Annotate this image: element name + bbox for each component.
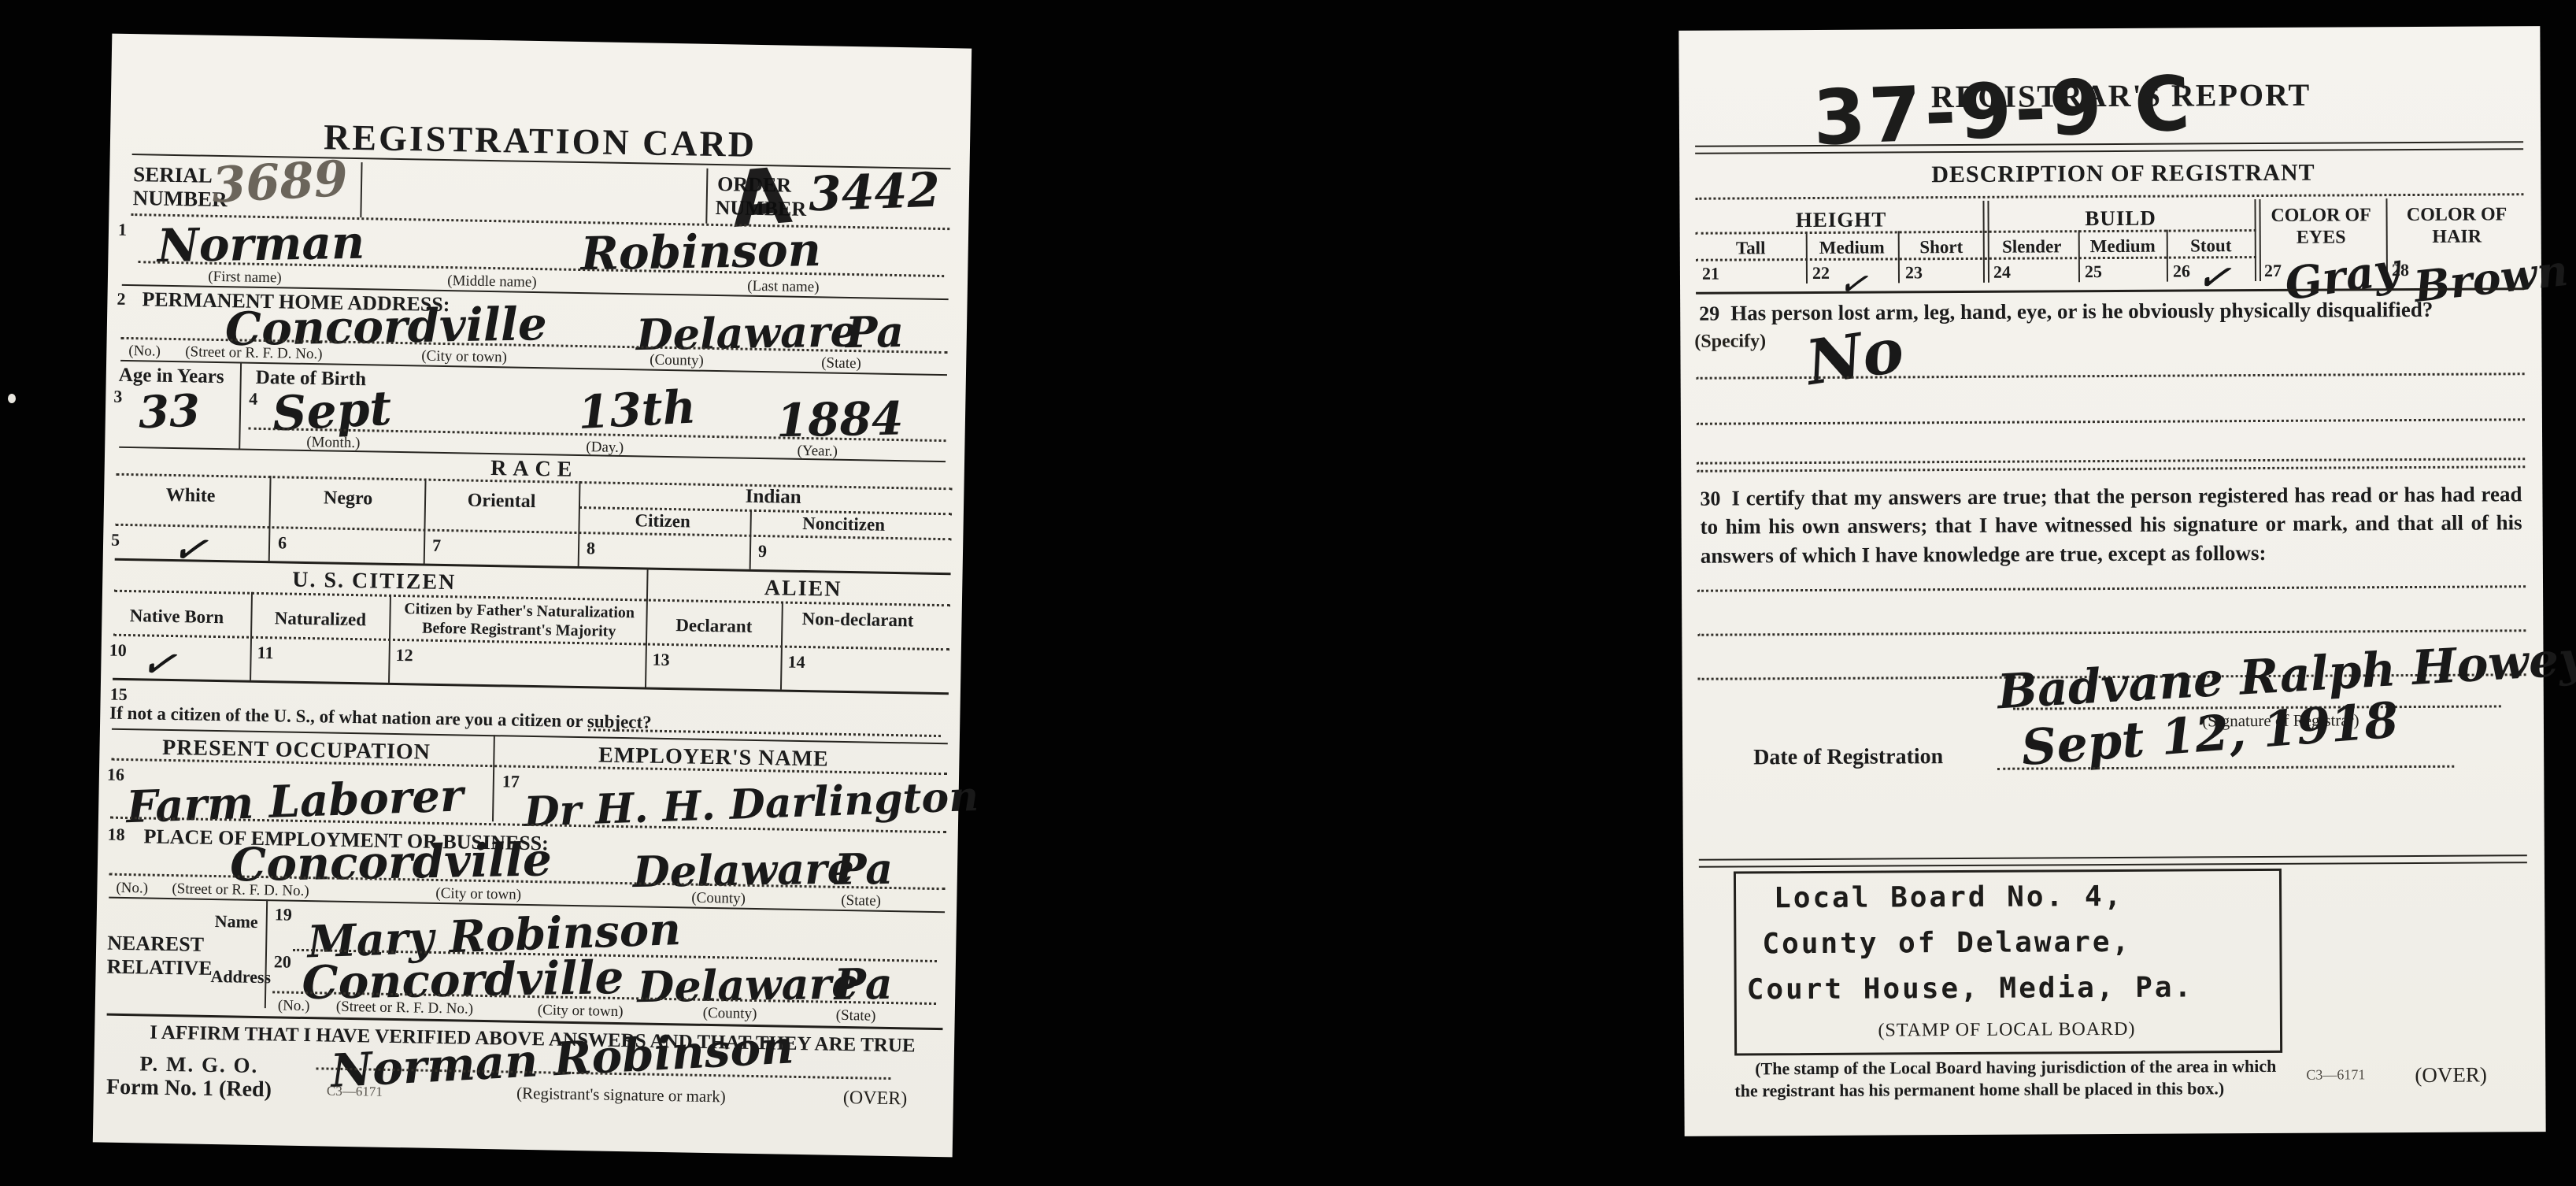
divider xyxy=(749,511,752,569)
form-number-label: Form No. 1 (Red) xyxy=(106,1075,272,1103)
rule xyxy=(1697,458,2525,465)
board-stamp-line-1: Local Board No. 4, xyxy=(1774,880,2123,914)
alien-header: ALIEN xyxy=(685,574,922,603)
board-stamp-line-3: Court House, Media, Pa. xyxy=(1747,971,2194,1006)
date-of-registration-label: Date of Registration xyxy=(1753,744,1943,770)
board-caption-line-1: (The stamp of the Local Board having jur… xyxy=(1755,1056,2276,1079)
declarant-label: Declarant xyxy=(653,615,775,638)
race-oriental-number: 7 xyxy=(432,536,441,556)
race-white-label: White xyxy=(120,484,261,508)
employment-county-label: (County) xyxy=(691,890,746,908)
divider xyxy=(645,569,649,688)
county-label: (County) xyxy=(650,352,704,370)
serial-number-handwritten: 3689 xyxy=(210,150,349,214)
race-oriental-label: Oriental xyxy=(431,490,572,513)
line-29-number: 29 xyxy=(1699,302,1719,325)
first-name-label: (First name) xyxy=(190,268,300,287)
board-caption-line-2: the registrant has his permanent home sh… xyxy=(1734,1078,2224,1101)
question-29-answer-handwritten: No xyxy=(1802,314,1908,399)
relative-no-label: (No.) xyxy=(278,997,310,1015)
divider xyxy=(2259,199,2261,281)
divider xyxy=(360,162,362,217)
employment-street-label: (Street or R. F. D. No.) xyxy=(172,880,309,900)
line-4-number: 4 xyxy=(249,389,257,410)
father-naturalization-label: Citizen by Father's Naturalization Befor… xyxy=(402,599,636,641)
rule xyxy=(1697,465,2525,473)
line-18-number: 18 xyxy=(107,825,124,845)
race-negro-label: Negro xyxy=(277,487,419,510)
native-born-number: 10 xyxy=(109,640,126,661)
tall-label: Tall xyxy=(1704,238,1798,259)
divider xyxy=(2167,230,2168,282)
employment-city-label: (City or town) xyxy=(435,885,521,904)
tall-number: 21 xyxy=(1702,264,1719,284)
hair-number: 28 xyxy=(2392,260,2409,280)
naturalized-number: 11 xyxy=(257,643,273,663)
relative-label: RELATIVE xyxy=(106,955,212,980)
line-16-number: 16 xyxy=(107,765,124,785)
no-label: (No.) xyxy=(128,343,161,361)
report-subtitle: DESCRIPTION OF REGISTRANT xyxy=(1931,160,2309,189)
certification-30-text: I certify that my answers are true; that… xyxy=(1701,482,2522,567)
divider xyxy=(1898,231,1900,283)
line-2-number: 2 xyxy=(117,289,125,309)
rule xyxy=(1697,585,2526,592)
relative-state-label: (State) xyxy=(836,1007,876,1025)
birth-day-handwritten: 13th xyxy=(576,380,697,439)
relative-city-label: (City or town) xyxy=(538,1002,624,1021)
relative-name-label: Name xyxy=(214,911,257,932)
naturalized-label: Naturalized xyxy=(259,608,381,631)
line-20-number: 20 xyxy=(274,951,291,972)
height-header: HEIGHT xyxy=(1759,207,1924,232)
non-declarant-number: 14 xyxy=(787,652,805,673)
race-white-number: 5 xyxy=(111,530,120,550)
rule xyxy=(1699,854,2527,868)
question-29-text: Has person lost arm, leg, hand, eye, or … xyxy=(1730,298,2433,325)
divider xyxy=(2254,199,2256,281)
registration-card-front: REGISTRATION CARD SERIAL NUMBER 3689 ORD… xyxy=(93,34,972,1158)
divider xyxy=(268,476,272,561)
color-of-hair-header: COLOR OF HAIR xyxy=(2398,204,2516,248)
serial-label-1: SERIAL xyxy=(133,162,213,188)
race-indian-noncitizen-label: Noncitizen xyxy=(768,513,918,536)
last-name-label: (Last name) xyxy=(728,277,838,296)
father-naturalization-number: 12 xyxy=(395,645,413,665)
print-code-back: C3—6171 xyxy=(2306,1066,2365,1083)
employment-no-label: (No.) xyxy=(116,880,148,898)
build-header: BUILD xyxy=(2038,206,2204,231)
line-1-number: 1 xyxy=(118,220,127,240)
rule xyxy=(1695,193,2523,200)
height-medium-number: 22 xyxy=(1812,263,1830,284)
registrant-signature-label: (Registrant's signature or mark) xyxy=(472,1083,771,1108)
line-15-question: If not a citizen of the U. S., of what n… xyxy=(109,703,652,733)
build-medium-number: 25 xyxy=(2085,261,2102,282)
rule xyxy=(1697,418,2525,425)
native-born-checkmark: ✓ xyxy=(135,637,190,691)
age-in-years-label: Age in Years xyxy=(119,365,224,388)
divider xyxy=(239,361,242,448)
race-indian-label: Indian xyxy=(655,484,891,510)
color-of-eyes-header: COLOR OF EYES xyxy=(2264,205,2378,249)
over-label-front: (OVER) xyxy=(843,1088,908,1110)
relative-county-label: (County) xyxy=(703,1005,757,1023)
divider xyxy=(1982,201,1985,283)
rule xyxy=(113,678,949,695)
question-29: 29Has person lost arm, leg, hand, eye, o… xyxy=(1699,297,2518,325)
scan-speck xyxy=(8,394,16,403)
rule xyxy=(588,728,941,737)
slender-number: 24 xyxy=(1993,262,2011,283)
race-negro-number: 6 xyxy=(278,532,287,553)
relative-address-label: Address xyxy=(210,966,271,988)
middle-name-label: (Middle name) xyxy=(429,272,555,292)
non-declarant-label: Non-declarant xyxy=(794,608,920,632)
divider xyxy=(578,481,581,566)
race-citizen-number: 8 xyxy=(587,538,595,558)
employment-county-handwritten: Delaware xyxy=(632,843,854,897)
registrars-report-back: 37-9-9 C REGISTRAR'S REPORT DESCRIPTION … xyxy=(1678,26,2545,1136)
line-3-number: 3 xyxy=(113,387,122,407)
divider xyxy=(265,899,268,1008)
line-15-number: 15 xyxy=(109,684,127,705)
street-label: (Street or R. F. D. No.) xyxy=(185,343,323,363)
divider xyxy=(1987,201,1989,283)
relative-street-label: (Street or R. F. D. No.) xyxy=(336,999,474,1018)
employment-state-label: (State) xyxy=(841,892,881,910)
race-noncitizen-number: 9 xyxy=(758,541,767,561)
state-label: (State) xyxy=(821,354,861,372)
relative-county-handwritten: Delaware xyxy=(637,958,859,1012)
slender-label: Slender xyxy=(1989,236,2075,258)
stout-number: 26 xyxy=(2173,261,2190,281)
eyes-number: 27 xyxy=(2264,261,2282,281)
line-30-number: 30 xyxy=(1700,487,1720,510)
short-number: 23 xyxy=(1905,262,1923,283)
scanned-document-page: REGISTRATION CARD SERIAL NUMBER 3689 ORD… xyxy=(0,0,2576,1186)
certification-30: 30I certify that my answers are true; th… xyxy=(1700,480,2522,570)
divider xyxy=(705,169,708,224)
stamp-of-local-board-label: (STAMP OF LOCAL BOARD) xyxy=(1810,1018,2204,1042)
build-medium-label: Medium xyxy=(2082,236,2164,258)
nearest-label: NEAREST xyxy=(107,932,204,957)
report-title: REGISTRAR'S REPORT xyxy=(1931,76,2309,116)
over-label-back: (OVER) xyxy=(2415,1063,2487,1088)
city-label: (City or town) xyxy=(421,347,507,366)
height-medium-label: Medium xyxy=(1811,237,1893,258)
stout-checkmark: ✓ xyxy=(2191,253,2243,303)
line-19-number: 19 xyxy=(275,904,292,925)
native-born-label: Native Born xyxy=(109,606,243,628)
specify-label: (Specify) xyxy=(1694,331,1766,352)
print-code: C3—6171 xyxy=(327,1084,383,1100)
divider xyxy=(2078,230,2080,282)
short-label: Short xyxy=(1902,237,1981,258)
divider xyxy=(492,735,495,821)
rule xyxy=(1697,629,2526,636)
board-stamp-line-2: County of Delaware, xyxy=(1762,926,2131,960)
height-medium-checkmark: ✓ xyxy=(1834,263,1878,306)
race-indian-citizen-label: Citizen xyxy=(591,510,733,532)
divider xyxy=(424,479,427,564)
declarant-number: 13 xyxy=(652,650,669,670)
age-handwritten: 33 xyxy=(138,385,201,439)
divider xyxy=(1806,232,1808,284)
pmgo-label: P. M. G. O. xyxy=(139,1051,258,1078)
line-17-number: 17 xyxy=(502,771,520,791)
order-number-handwritten: 3442 xyxy=(808,163,941,223)
